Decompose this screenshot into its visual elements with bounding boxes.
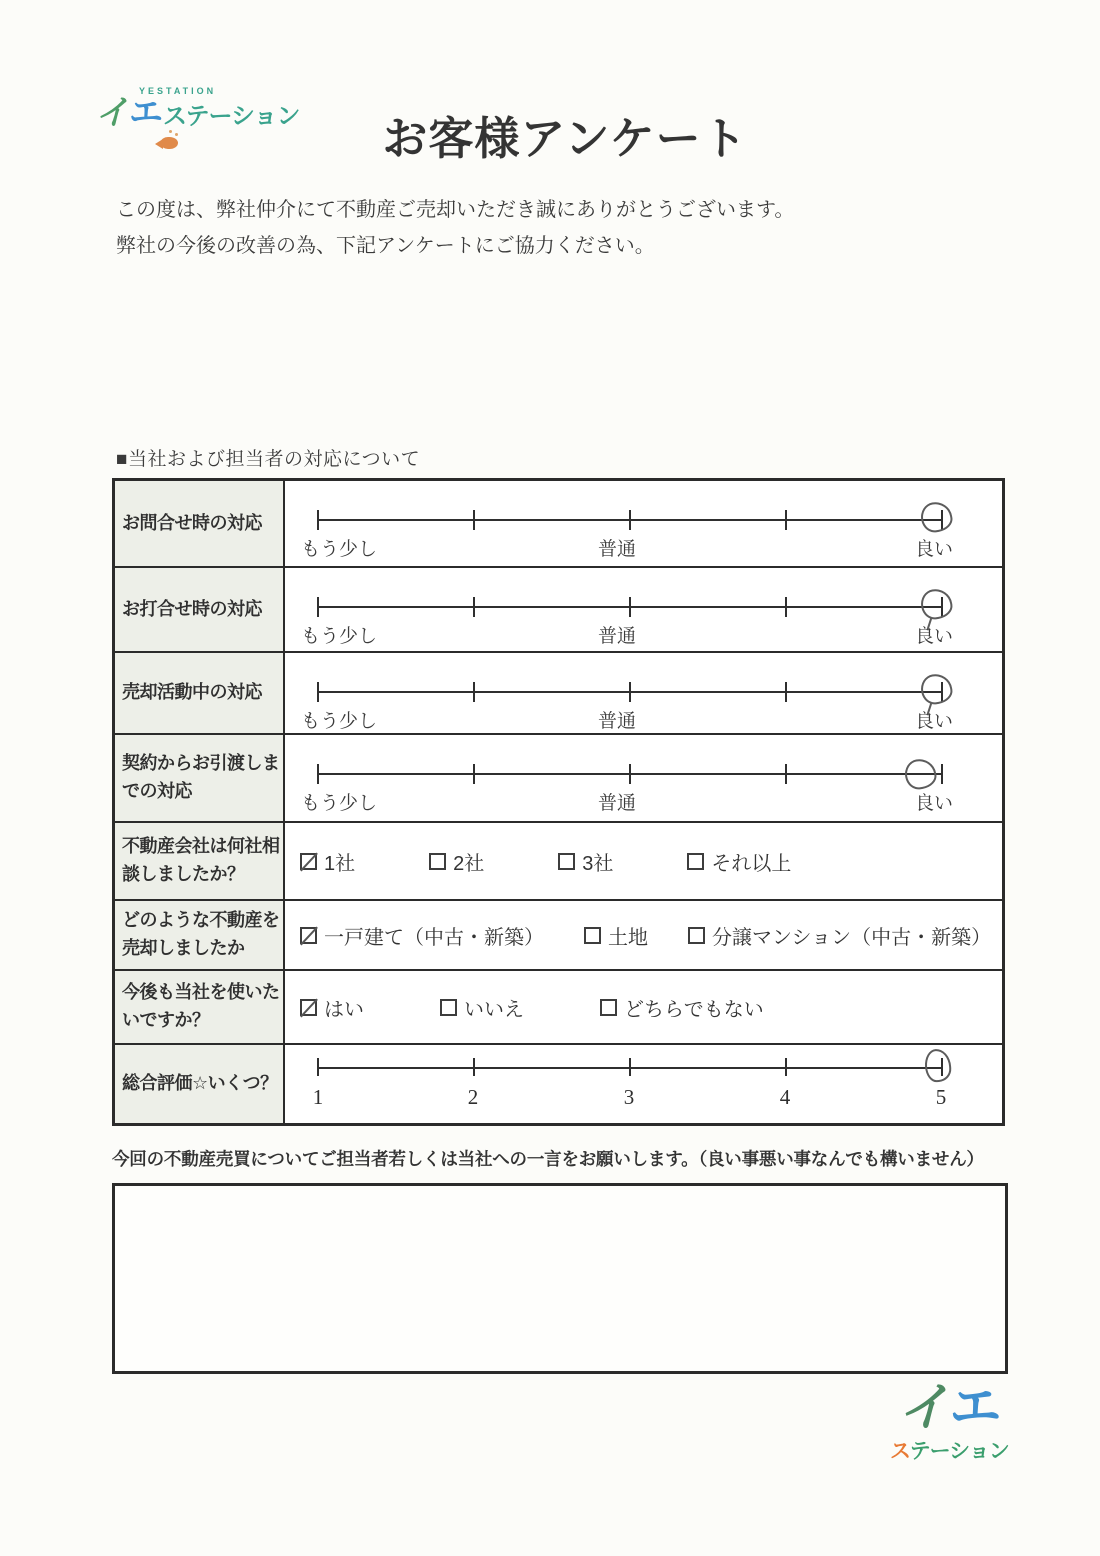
option-yes[interactable]: はい xyxy=(300,993,364,1022)
table-row-sales-activity-response: 売却活動中の対応 もう少し 普通 良い xyxy=(115,653,1002,735)
survey-scan-page: YESTATION イエステーション お客様アンケート この度は、弊社仲介にて不… xyxy=(0,0,1100,1556)
question-label: 不動産会社は何社相談しましたか？ xyxy=(115,823,285,899)
rating-number-4: 4 xyxy=(765,1085,805,1110)
scale-tick xyxy=(473,510,475,530)
table-row-meeting-response: お打合せ時の対応 もう少し 普通 良い xyxy=(115,568,1002,653)
scale-label-low: もう少し xyxy=(301,706,377,733)
scale-tick xyxy=(629,597,631,617)
rating-scale-contract-handover[interactable]: もう少し 普通 良い xyxy=(285,735,1002,821)
comment-box[interactable] xyxy=(112,1183,1008,1374)
scale-tick xyxy=(317,597,319,617)
handwritten-circle-mark xyxy=(924,1048,952,1083)
use-again-options: はい いいえ どちらでもない xyxy=(285,971,1002,1043)
section-header: ■当社および担当者の対応について xyxy=(116,444,420,471)
yestation-logo-footer: イエ ステーション xyxy=(890,1385,1009,1465)
rating-number-3: 3 xyxy=(609,1085,649,1110)
survey-table: お問合せ時の対応 もう少し 普通 良い お打合せ時の対応 xyxy=(112,478,1005,1126)
question-label: 売却活動中の対応 xyxy=(115,653,285,733)
handwritten-circle-mark xyxy=(919,500,955,535)
checkbox-icon xyxy=(300,853,317,870)
scale-tick xyxy=(473,764,475,784)
scale-tick xyxy=(317,764,319,784)
rating-scale-meeting[interactable]: もう少し 普通 良い xyxy=(285,568,1002,651)
option-2-companies[interactable]: 2社 xyxy=(429,847,484,876)
rating-number-1: 1 xyxy=(298,1085,338,1110)
scale-tick xyxy=(785,597,787,617)
option-detached-house[interactable]: 一戸建て（中古・新築） xyxy=(300,921,544,950)
scale-label-high: 良い xyxy=(883,621,953,648)
scale-label-high: 良い xyxy=(883,706,953,733)
rating-number-5: 5 xyxy=(921,1085,961,1110)
question-label: 総合評価☆いくつ？ xyxy=(115,1045,285,1123)
scale-label-low: もう少し xyxy=(301,621,377,648)
scale-tick xyxy=(473,597,475,617)
comment-prompt: 今回の不動産売買についてご担当者若しくは当社への一言をお願いします。（良い事悪い… xyxy=(112,1146,984,1171)
scale-label-high: 良い xyxy=(883,534,953,561)
scale-label-mid: 普通 xyxy=(537,534,697,561)
scale-tick xyxy=(473,682,475,702)
scale-tick xyxy=(785,682,787,702)
handwritten-circle-mark xyxy=(919,672,955,707)
question-label: お打合せ時の対応 xyxy=(115,568,285,651)
scale-label-mid: 普通 xyxy=(537,621,697,648)
table-row-inquiry-response: お問合せ時の対応 もう少し 普通 良い xyxy=(115,481,1002,568)
property-type-options: 一戸建て（中古・新築） 土地 分譲マンション（中古・新築） xyxy=(285,901,1002,969)
option-condominium[interactable]: 分譲マンション（中古・新築） xyxy=(688,921,991,950)
checkbox-icon xyxy=(688,927,705,944)
footer-logo-subtext: ステーション xyxy=(890,1435,1009,1465)
scale-tick xyxy=(785,510,787,530)
option-land[interactable]: 土地 xyxy=(584,921,648,950)
check-mark-icon xyxy=(300,998,318,1017)
option-no[interactable]: いいえ xyxy=(440,993,524,1022)
scale-label-mid: 普通 xyxy=(537,788,697,815)
checkbox-icon xyxy=(300,927,317,944)
scale-tick xyxy=(629,1058,631,1076)
scale-tick xyxy=(317,510,319,530)
scale-tick xyxy=(629,682,631,702)
handwritten-circle-mark xyxy=(903,757,939,792)
handwritten-circle-mark xyxy=(919,587,955,622)
checkbox-icon xyxy=(429,853,446,870)
checkbox-icon xyxy=(600,999,617,1016)
rating-scale-sales-activity[interactable]: もう少し 普通 良い xyxy=(285,653,1002,733)
question-label: 今後も当社を使いたいですか？ xyxy=(115,971,285,1043)
scale-tick xyxy=(941,764,943,784)
rating-scale-overall[interactable]: 1 2 3 4 5 xyxy=(285,1045,1002,1123)
checkbox-icon xyxy=(584,927,601,944)
scale-label-low: もう少し xyxy=(301,534,377,561)
checkbox-icon xyxy=(558,853,575,870)
option-3-companies[interactable]: 3社 xyxy=(558,847,613,876)
intro-text: この度は、弊社仲介にて不動産ご売却いただき誠にありがとうございます。 弊社の今後… xyxy=(116,192,794,264)
option-more-companies[interactable]: それ以上 xyxy=(687,847,791,876)
rating-number-2: 2 xyxy=(453,1085,493,1110)
question-label: お問合せ時の対応 xyxy=(115,481,285,566)
table-row-property-type: どのような不動産を売却しましたか 一戸建て（中古・新築） 土地 分譲マンション（… xyxy=(115,901,1002,971)
scale-label-low: もう少し xyxy=(301,788,377,815)
intro-line-1: この度は、弊社仲介にて不動産ご売却いただき誠にありがとうございます。 xyxy=(116,199,794,221)
footer-logo-wordmark: イエ xyxy=(890,1385,1009,1432)
option-neither[interactable]: どちらでもない xyxy=(600,993,764,1022)
scale-tick xyxy=(629,764,631,784)
question-label: どのような不動産を売却しましたか xyxy=(115,901,285,969)
checkbox-icon xyxy=(687,853,704,870)
table-row-contract-to-handover-response: 契約からお引渡しまでの対応 もう少し 普通 良い xyxy=(115,735,1002,823)
scale-tick xyxy=(473,1058,475,1076)
checkbox-icon xyxy=(300,999,317,1016)
scale-label-high: 良い xyxy=(883,788,953,815)
rating-scale-inquiry[interactable]: もう少し 普通 良い xyxy=(285,481,1002,566)
check-mark-icon xyxy=(300,852,318,871)
page-title: お客様アンケート xyxy=(0,102,1100,167)
scale-tick xyxy=(317,682,319,702)
scale-tick xyxy=(785,764,787,784)
scale-tick xyxy=(317,1058,319,1076)
scale-tick xyxy=(629,510,631,530)
table-row-companies-consulted: 不動産会社は何社相談しましたか？ 1社 2社 3社 それ以上 xyxy=(115,823,1002,901)
question-label: 契約からお引渡しまでの対応 xyxy=(115,735,285,821)
companies-consulted-options: 1社 2社 3社 それ以上 xyxy=(285,823,1002,899)
checkbox-icon xyxy=(440,999,457,1016)
check-mark-icon xyxy=(300,926,318,945)
scale-label-mid: 普通 xyxy=(537,706,697,733)
table-row-use-again: 今後も当社を使いたいですか？ はい いいえ どちらでもない xyxy=(115,971,1002,1045)
option-1-company[interactable]: 1社 xyxy=(300,847,355,876)
intro-line-2: 弊社の今後の改善の為、下記アンケートにご協力ください。 xyxy=(116,235,655,257)
scale-tick xyxy=(785,1058,787,1076)
table-row-overall-rating: 総合評価☆いくつ？ 1 2 3 4 5 xyxy=(115,1045,1002,1123)
